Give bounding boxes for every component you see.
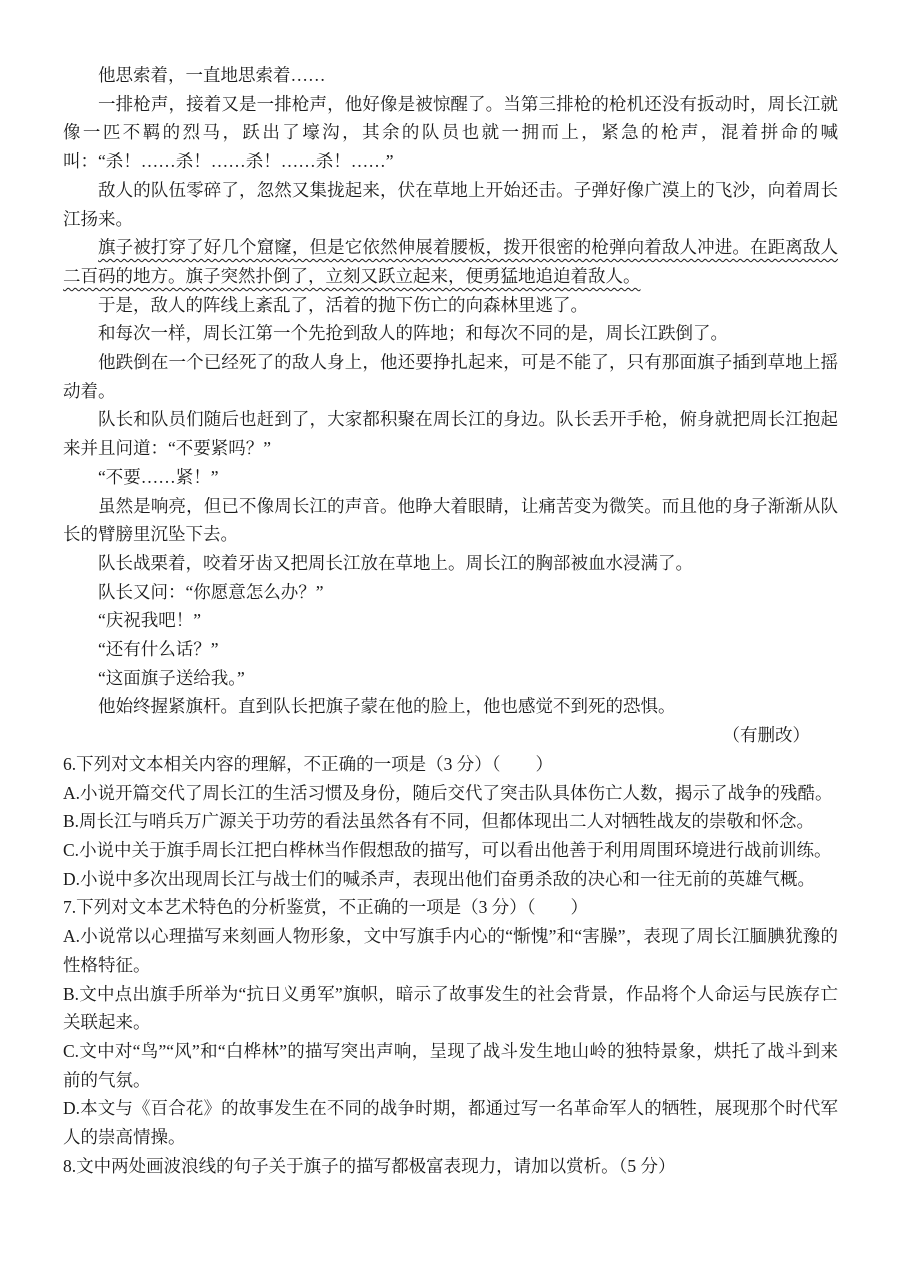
option-text: 文中点出旗手所举为“抗日义勇军”旗帜，暗示了故事发生的社会背景，作品将个人命运与… (63, 984, 838, 1033)
option-text: 小说中关于旗手周长江把白桦林当作假想敌的描写，可以看出他善于利用周围环境进行战前… (79, 840, 832, 860)
answer-option-c: C.文中对“鸟”“风”和“白桦林”的描写突出声响，呈现了战斗发生地山岭的独特景象… (63, 1037, 838, 1094)
passage-paragraph-wavy-underlined: 旗子被打穿了好几个窟窿，但是它依然伸展着腰板，拨开很密的枪弹向着敌人冲进。在距离… (63, 233, 838, 290)
question-text: 下列对文本相关内容的理解，不正确的一项是（3 分）（ ） (76, 754, 553, 774)
option-text: 文中对“鸟”“风”和“白桦林”的描写突出声响，呈现了战斗发生地山岭的独特景象，烘… (63, 1041, 838, 1090)
question-stem: 6.下列对文本相关内容的理解，不正确的一项是（3 分）（ ） (63, 750, 838, 779)
answer-option-a: A.小说开篇交代了周长江的生活习惯及身份，随后交代了突击队具体伤亡人数，揭示了战… (63, 779, 838, 808)
reading-passage: 他思索着，一直地思索着……一排枪声，接着又是一排枪声，他好像是被惊醒了。当第三排… (63, 61, 838, 750)
answer-option-b: B.周长江与哨兵万广源关于功劳的看法虽然各有不同，但都体现出二人对牺牲战友的崇敬… (63, 807, 838, 836)
option-label: B. (63, 984, 79, 1004)
attribution-note: （有删改） (63, 721, 838, 750)
answer-option-c: C.小说中关于旗手周长江把白桦林当作假想敌的描写，可以看出他善于利用周围环境进行… (63, 836, 838, 865)
question-text: 下列对文本艺术特色的分析鉴赏，不正确的一项是（3 分）（ ） (76, 897, 588, 917)
passage-paragraph: 他始终握紧旗杆。直到队长把旗子蒙在他的脸上，他也感觉不到死的恐惧。 (63, 692, 838, 721)
passage-paragraph: “还有什么话？” (63, 635, 838, 664)
passage-paragraph: 他跌倒在一个已经死了的敌人身上，他还要挣扎起来，可是不能了，只有那面旗子插到草地… (63, 348, 838, 405)
option-label: C. (63, 1041, 79, 1061)
option-text: 小说常以心理描写来刻画人物形象，文中写旗手内心的“惭愧”和“害臊”，表现了周长江… (63, 926, 838, 975)
question-text: 文中两处画波浪线的句子关于旗子的描写都极富表现力，请加以赏析。（5 分） (76, 1156, 675, 1176)
question-number: 7. (63, 897, 76, 917)
option-label: C. (63, 840, 79, 860)
option-label: A. (63, 783, 80, 803)
answer-option-b: B.文中点出旗手所举为“抗日义勇军”旗帜，暗示了故事发生的社会背景，作品将个人命… (63, 980, 838, 1037)
passage-paragraph: 他思索着，一直地思索着…… (63, 61, 838, 90)
question-stem: 8.文中两处画波浪线的句子关于旗子的描写都极富表现力，请加以赏析。（5 分） (63, 1152, 838, 1181)
option-text: 小说开篇交代了周长江的生活习惯及身份，随后交代了突击队具体伤亡人数，揭示了战争的… (80, 783, 833, 803)
question-list: 6.下列对文本相关内容的理解，不正确的一项是（3 分）（ ）A.小说开篇交代了周… (63, 750, 838, 1181)
option-label: D. (63, 869, 80, 889)
passage-paragraph: 一排枪声，接着又是一排枪声，他好像是被惊醒了。当第三排枪的枪机还没有扳动时，周长… (63, 90, 838, 176)
option-text: 小说中多次出现周长江与战士们的喊杀声，表现出他们奋勇杀敌的决心和一往无前的英雄气… (80, 869, 815, 889)
passage-paragraph: 虽然是响亮，但已不像周长江的声音。他睁大着眼睛，让痛苦变为微笑。而且他的身子渐渐… (63, 492, 838, 549)
passage-paragraph: “不要……紧！” (63, 463, 838, 492)
passage-paragraph: “这面旗子送给我。” (63, 664, 838, 693)
passage-paragraph: “庆祝我吧！” (63, 606, 838, 635)
option-label: A. (63, 926, 80, 946)
question-number: 8. (63, 1156, 76, 1176)
exam-paper-page: 他思索着，一直地思索着……一排枪声，接着又是一排枪声，他好像是被惊醒了。当第三排… (0, 0, 900, 1273)
option-label: D. (63, 1098, 80, 1118)
option-text: 周长江与哨兵万广源关于功劳的看法虽然各有不同，但都体现出二人对牺牲战友的崇敬和怀… (79, 811, 814, 831)
passage-paragraph: 于是，敌人的阵线上紊乱了，活着的抛下伤亡的向森林里逃了。 (63, 291, 838, 320)
passage-paragraph: 和每次一样，周长江第一个先抢到敌人的阵地；和每次不同的是，周长江跌倒了。 (63, 319, 838, 348)
passage-paragraph: 队长战栗着，咬着牙齿又把周长江放在草地上。周长江的胸部被血水浸满了。 (63, 549, 838, 578)
answer-option-d: D.小说中多次出现周长江与战士们的喊杀声，表现出他们奋勇杀敌的决心和一往无前的英… (63, 865, 838, 894)
passage-paragraph: 队长和队员们随后也赶到了，大家都积聚在周长江的身边。队长丢开手枪，俯身就把周长江… (63, 405, 838, 462)
option-text: 本文与《百合花》的故事发生在不同的战争时期，都通过写一名革命军人的牺牲，展现那个… (63, 1098, 838, 1147)
question-number: 6. (63, 754, 76, 774)
passage-paragraph: 敌人的队伍零碎了，忽然又集拢起来，伏在草地上开始还击。子弹好像广漠上的飞沙，向着… (63, 176, 838, 233)
question-stem: 7.下列对文本艺术特色的分析鉴赏，不正确的一项是（3 分）（ ） (63, 893, 838, 922)
passage-paragraph: 队长又问：“你愿意怎么办？” (63, 578, 838, 607)
option-label: B. (63, 811, 79, 831)
answer-option-a: A.小说常以心理描写来刻画人物形象，文中写旗手内心的“惭愧”和“害臊”，表现了周… (63, 922, 838, 979)
answer-option-d: D.本文与《百合花》的故事发生在不同的战争时期，都通过写一名革命军人的牺牲，展现… (63, 1094, 838, 1151)
